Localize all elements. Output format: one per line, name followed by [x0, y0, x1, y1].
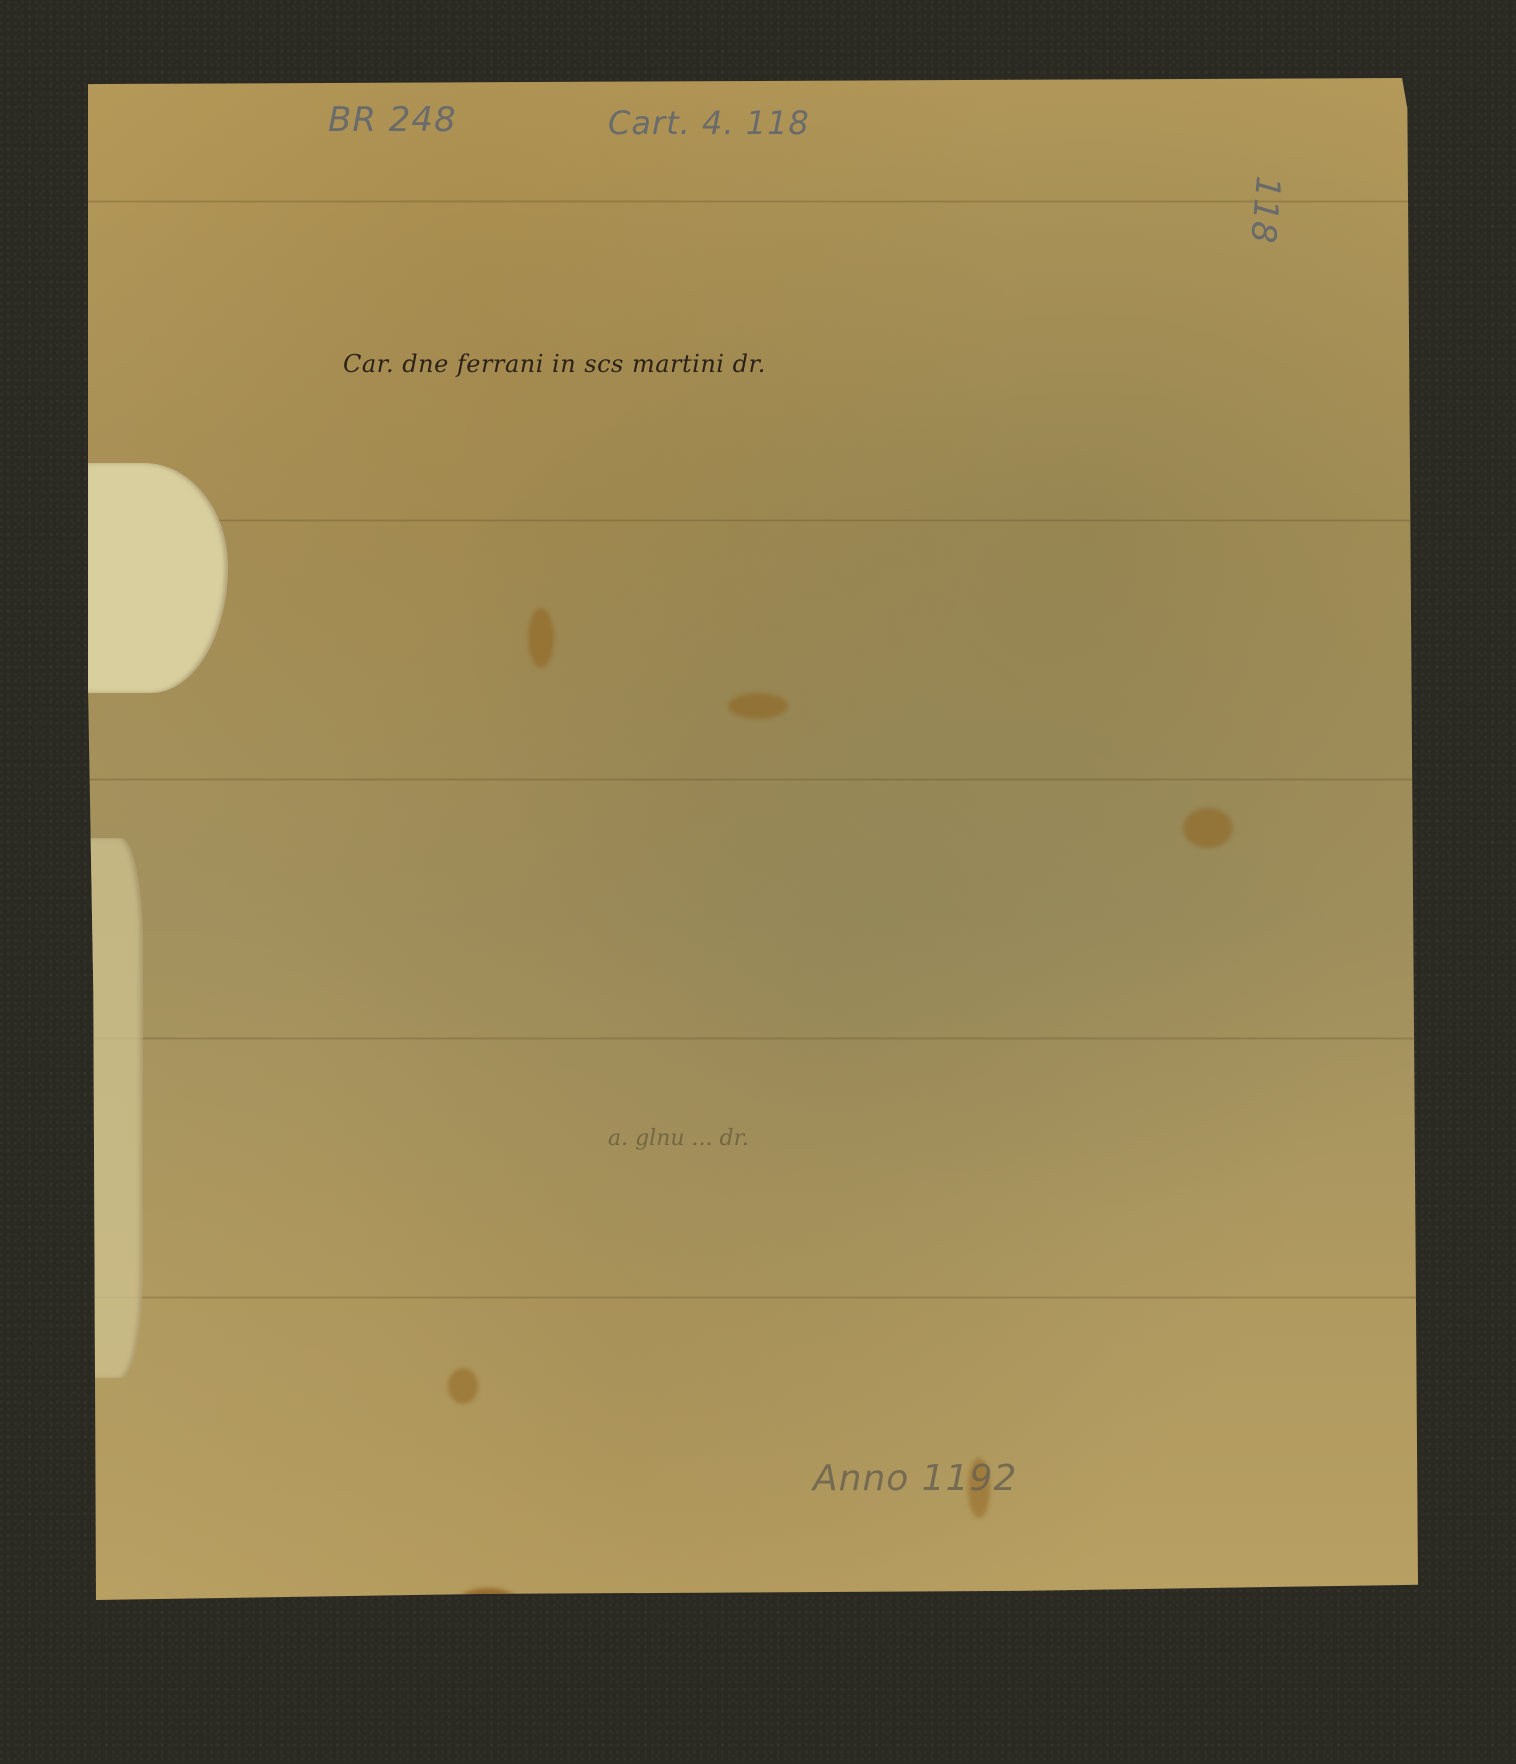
stain-spot: [1183, 808, 1233, 848]
fold-line: [88, 519, 1418, 522]
parchment-document: BR 248 Cart. 4. 118 118 Car. dne ferrani…: [88, 78, 1418, 1600]
stain-spot: [728, 693, 788, 719]
fold-line: [88, 1296, 1418, 1299]
fold-line: [88, 200, 1418, 203]
fold-line: [88, 1037, 1418, 1040]
margin-number: 118: [1242, 175, 1288, 246]
shelfmark-right: Cart. 4. 118: [608, 104, 810, 142]
stain-spot: [448, 1368, 478, 1404]
date-note: Anno 1192: [813, 1458, 1017, 1499]
endorsement-text: Car. dne ferrani in scs martini dr.: [343, 350, 766, 378]
shelfmark-left: BR 248: [328, 100, 457, 140]
water-stain: [88, 838, 143, 1378]
faded-note: a. glnu ... dr.: [608, 1126, 749, 1151]
fold-line: [88, 778, 1418, 781]
stain-spot: [528, 608, 554, 668]
water-stain: [88, 463, 228, 693]
stain-spot: [458, 1588, 518, 1616]
